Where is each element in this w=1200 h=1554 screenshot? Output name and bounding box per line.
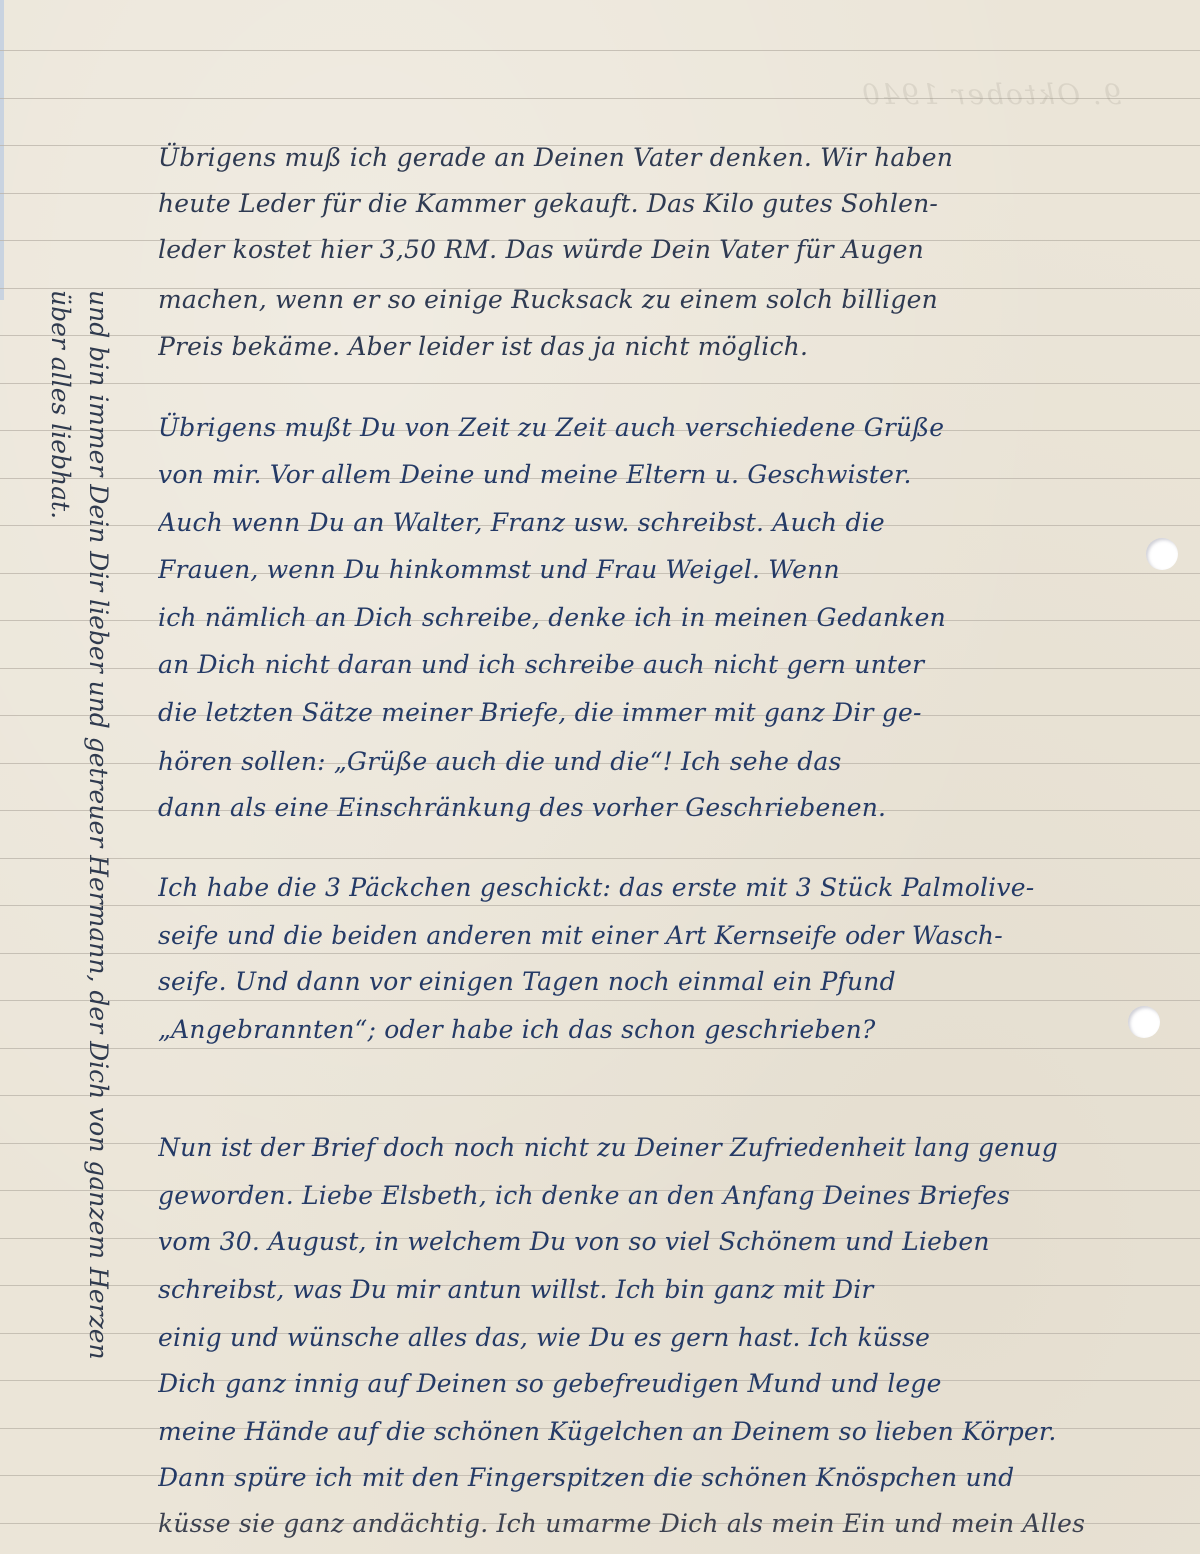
letter-line: Preis bekäme. Aber leider ist das ja nic… xyxy=(158,327,1188,367)
letter-line: vom 30. August, in welchem Du von so vie… xyxy=(158,1222,1188,1262)
rule-line xyxy=(0,50,1200,51)
letter-line: ich nämlich an Dich schreibe, denke ich … xyxy=(158,598,1188,638)
letter-line: von mir. Vor allem Deine und meine Elter… xyxy=(158,455,1188,495)
letter-line: küsse sie ganz andächtig. Ich umarme Dic… xyxy=(158,1504,1188,1544)
rule-line xyxy=(0,1095,1200,1096)
letter-line: heute Leder für die Kammer gekauft. Das … xyxy=(158,184,1188,224)
letter-line: meine Hände auf die schönen Kügelchen an… xyxy=(158,1412,1188,1452)
letter-page: 9. Oktober 1940 Übrigens muß ich gerade … xyxy=(0,0,1200,1554)
letter-line: Dann spüre ich mit den Fingerspitzen die… xyxy=(158,1458,1188,1498)
letter-line: leder kostet hier 3,50 RM. Das würde Dei… xyxy=(158,230,1188,270)
rule-line xyxy=(0,383,1200,384)
rule-line xyxy=(0,858,1200,859)
letter-line: hören sollen: „Grüße auch die und die“! … xyxy=(158,742,1188,782)
letter-line: Auch wenn Du an Walter, Franz usw. schre… xyxy=(158,503,1188,543)
margin-note-line: und bin immer Dein Dir lieber und getreu… xyxy=(78,290,118,1360)
letter-line: „Angebrannten“; oder habe ich das schon … xyxy=(158,1010,1188,1050)
letter-line: an Dich nicht daran und ich schreibe auc… xyxy=(158,645,1188,685)
scan-edge xyxy=(0,0,4,300)
letter-line: Ich habe die 3 Päckchen geschickt: das e… xyxy=(158,868,1188,908)
letter-line: Frauen, wenn Du hinkommst und Frau Weige… xyxy=(158,550,1188,590)
letter-line: Nun ist der Brief doch noch nicht zu Dei… xyxy=(158,1128,1188,1168)
margin-note: und bin immer Dein Dir lieber und getreu… xyxy=(28,290,118,1530)
date-bleed-through: 9. Oktober 1940 xyxy=(860,78,1122,111)
letter-line: die letzten Sätze meiner Briefe, die imm… xyxy=(158,693,1188,733)
letter-line: schreibst, was Du mir antun willst. Ich … xyxy=(158,1270,1188,1310)
letter-line: geworden. Liebe Elsbeth, ich denke an de… xyxy=(158,1176,1188,1216)
letter-line: Dich ganz innig auf Deinen so gebefreudi… xyxy=(158,1364,1188,1404)
hole-punch xyxy=(1128,1006,1160,1038)
letter-line: Übrigens muß ich gerade an Deinen Vater … xyxy=(158,138,1188,178)
margin-note-line: über alles liebhat. xyxy=(40,290,80,519)
letter-line: seife und die beiden anderen mit einer A… xyxy=(158,916,1188,956)
letter-line: einig und wünsche alles das, wie Du es g… xyxy=(158,1318,1188,1358)
hole-punch xyxy=(1146,538,1178,570)
letter-line: machen, wenn er so einige Rucksack zu ei… xyxy=(158,280,1188,320)
letter-line: dann als eine Einschränkung des vorher G… xyxy=(158,788,1188,828)
letter-line: seife. Und dann vor einigen Tagen noch e… xyxy=(158,962,1188,1002)
letter-line: Übrigens mußt Du von Zeit zu Zeit auch v… xyxy=(158,408,1188,448)
